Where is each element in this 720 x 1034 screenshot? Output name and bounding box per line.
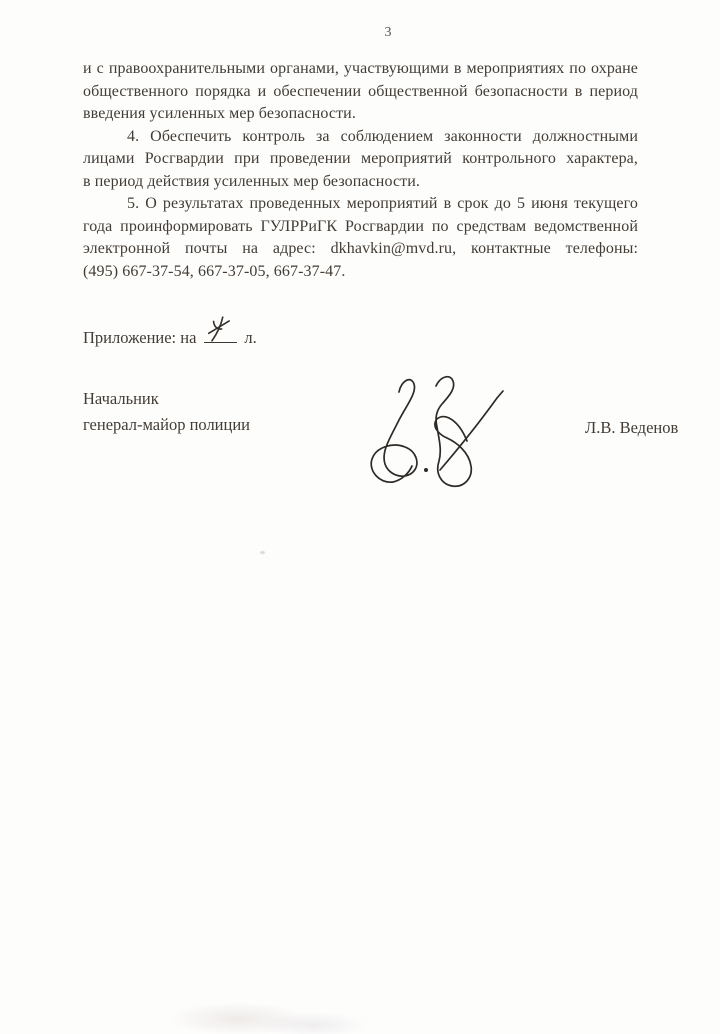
scanned-document-page: 3 и с правоохранительными органами, учас…	[0, 0, 720, 1034]
attachment-pages-blank	[204, 340, 237, 343]
body-line: года проинформировать ГУЛРРиГК Росгварди…	[83, 216, 638, 239]
document-body: и с правоохранительными органами, участв…	[83, 58, 638, 283]
body-line: в период действия усиленных мер безопасн…	[83, 171, 638, 194]
body-line: введения усиленных мер безопасности.	[83, 103, 638, 126]
attachment-suffix: л.	[244, 328, 256, 347]
attachment-label: Приложение: на	[83, 328, 196, 347]
body-line: 4. Обеспечить контроль за соблюдением за…	[83, 126, 638, 149]
body-line: общественного порядка и обеспечении обще…	[83, 81, 638, 104]
handwritten-signature	[366, 370, 508, 516]
attachment-line: Приложение: на л.	[83, 327, 257, 349]
scan-artifact	[260, 551, 265, 554]
signer-position-line: генерал-майор полиции	[83, 412, 250, 438]
body-line: лицами Росгвардии при проведении меропри…	[83, 148, 638, 171]
handwritten-4-mark	[206, 315, 233, 343]
scan-artifact	[258, 1012, 368, 1034]
page-number: 3	[374, 25, 402, 41]
body-line: электронной почты на адрес: dkhavkin@mvd…	[83, 238, 638, 261]
signer-position-line: Начальник	[83, 386, 250, 412]
body-line: (495) 667-37-54, 667-37-05, 667-37-47.	[83, 261, 638, 284]
signer-name: Л.В. Веденов	[585, 418, 678, 438]
body-line: 5. О результатах проведенных мероприятий…	[83, 193, 638, 216]
signer-position: Начальник генерал-майор полиции	[83, 386, 250, 437]
body-line: и с правоохранительными органами, участв…	[83, 58, 638, 81]
